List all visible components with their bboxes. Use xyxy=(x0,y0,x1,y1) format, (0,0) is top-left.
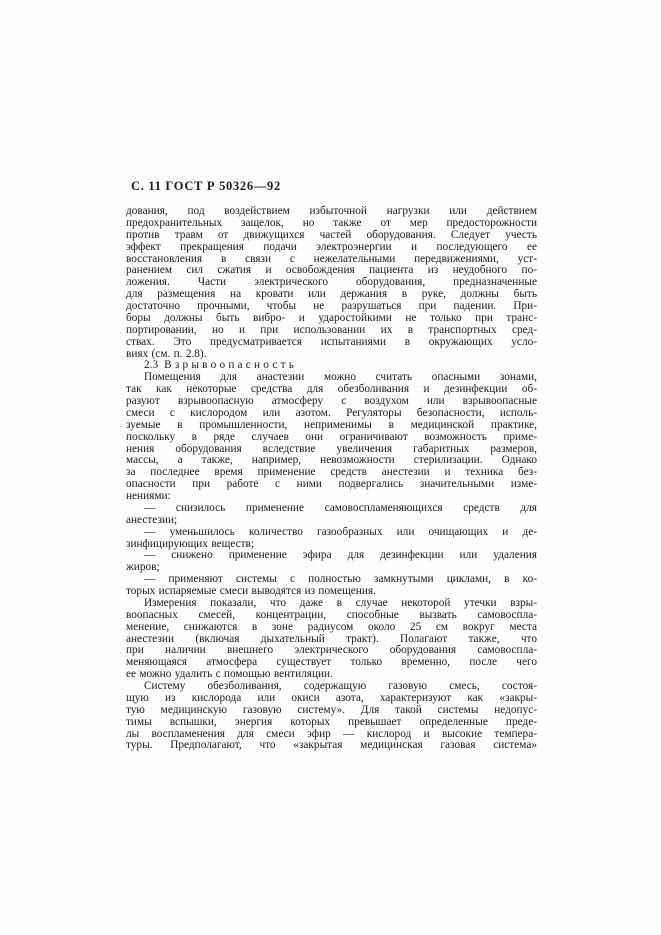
text-line: воопасных смесей, концентрации, способны… xyxy=(126,610,537,622)
text-line: ствах. Это предусматривается испытаниями… xyxy=(126,337,537,349)
text-line: опасности при работе с ними подвергались… xyxy=(126,479,537,491)
text-line: портировании, но и при использовании их … xyxy=(126,325,537,337)
text-line: боры должны быть вибро- и ударостойкими … xyxy=(126,313,537,325)
text-line: поскольку в ряде случаев они ограничиваю… xyxy=(126,432,537,444)
text-line: против травм от движущихся частей оборуд… xyxy=(126,230,537,242)
text-line: щую из кислорода или окиси азота, характ… xyxy=(126,693,537,705)
scanned-document-page: С. 11 ГОСТ Р 50326—92 дования, под возде… xyxy=(0,0,661,935)
section-title: Взрывоопасность xyxy=(164,359,297,371)
text-line: — уменьшилось количество газообразных ил… xyxy=(126,527,537,539)
section-number: 2.3 xyxy=(144,359,158,371)
text-line: — снижено применение эфира для дезинфекц… xyxy=(126,550,537,562)
document-body: дования, под воздействием избыточной наг… xyxy=(126,206,537,752)
text-line: анестезии; xyxy=(126,515,537,527)
text-line: эффект прекращения подачи электроэнергии… xyxy=(126,242,537,254)
text-line: смеси с кислородом или азотом. Регулятор… xyxy=(126,408,537,420)
text-line: тую медицинскую газовую систему». Для та… xyxy=(126,705,537,717)
text-line: Измерения показали, что даже в случае не… xyxy=(126,598,537,610)
text-line: туры. Предполагают, что «закрытая медици… xyxy=(126,740,537,752)
text-line: предохранительных защелок, но также от м… xyxy=(126,218,537,230)
text-line: — снизилось применение самовоспламеняющи… xyxy=(126,503,537,515)
text-line: зуемые в промышленности, неприменимы в м… xyxy=(126,420,537,432)
text-line: менение, снижаются в зоне радиусом около… xyxy=(126,622,537,634)
text-line: тимы вспышки, энергия которых превышает … xyxy=(126,717,537,729)
page-header: С. 11 ГОСТ Р 50326—92 xyxy=(131,179,281,194)
